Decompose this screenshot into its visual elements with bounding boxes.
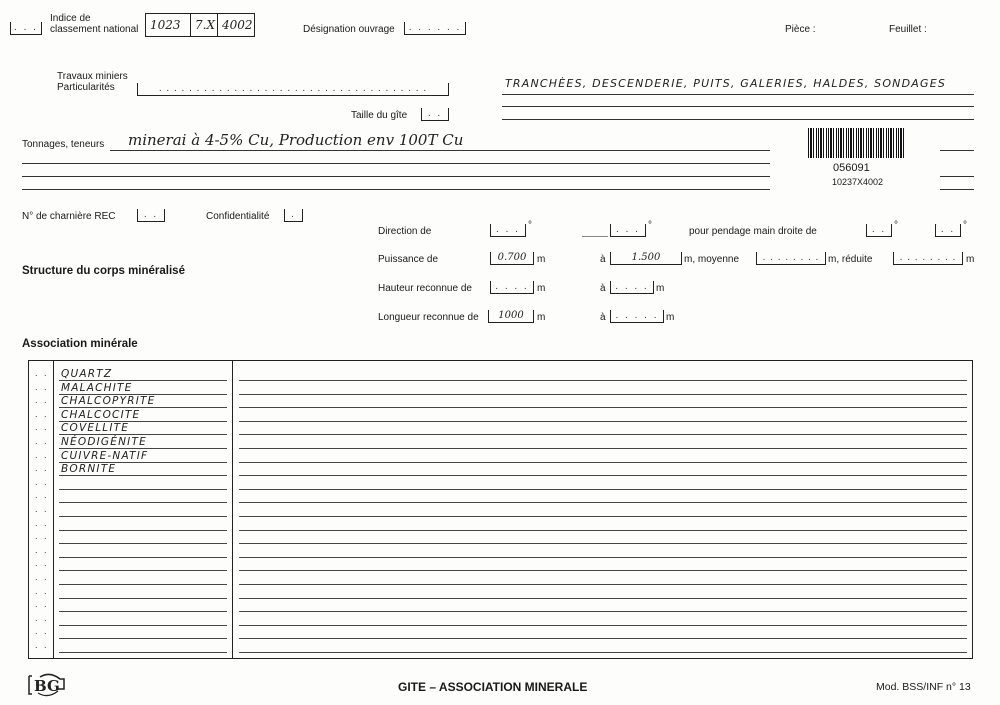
travaux-line-3: [502, 119, 974, 120]
description-row-line: [239, 638, 967, 639]
description-row-line: [239, 625, 967, 626]
taille-field[interactable]: . .: [421, 108, 449, 121]
pendage-label: pour pendage main droite de: [689, 226, 817, 237]
association-title: Association minérale: [22, 338, 138, 350]
direction-degree-1: °: [528, 220, 532, 231]
description-row-line: [239, 434, 967, 435]
travaux-label-line2: Particularités: [57, 82, 128, 93]
tonnages-line-right-2: [940, 176, 974, 177]
row-marker[interactable]: . .: [35, 422, 49, 432]
description-row-line: [239, 557, 967, 558]
pendage-field-1[interactable]: . .: [866, 224, 892, 237]
indice-field[interactable]: 1023 7.X 4002: [145, 13, 255, 37]
travaux-line-1: [502, 94, 974, 95]
row-marker[interactable]: . .: [35, 368, 49, 378]
pendage-degree-2: °: [963, 220, 967, 231]
puissance-from-value: 0.700: [498, 252, 527, 263]
charniere-label: N° de charnière REC: [22, 211, 115, 222]
row-marker[interactable]: . .: [35, 599, 49, 609]
mineral-entry[interactable]: CUIVRE-NATIF: [61, 450, 148, 462]
row-marker[interactable]: . .: [35, 409, 49, 419]
longueur-from-value: 1000: [498, 310, 523, 321]
indice-part-2[interactable]: 7.X: [191, 14, 218, 36]
description-row-line: [239, 380, 967, 381]
barcode-number: 056091: [833, 162, 870, 174]
brgm-logo-icon: BG: [26, 673, 70, 697]
puissance-to-field[interactable]: 1.500: [610, 252, 682, 265]
longueur-from-field[interactable]: 1000: [488, 310, 534, 323]
mineral-row-line: [59, 652, 227, 653]
description-row-line: [239, 652, 967, 653]
row-marker[interactable]: . .: [35, 626, 49, 636]
description-row-line: [239, 407, 967, 408]
row-marker[interactable]: . .: [35, 572, 49, 582]
longueur-unit-1: m: [537, 312, 545, 323]
direction-degree-2: °: [648, 220, 652, 231]
puissance-unit-1: m: [537, 254, 545, 265]
tonnages-handwritten: minerai à 4-5% Cu, Production env 100T C…: [128, 131, 463, 149]
mineral-row-line: [59, 557, 227, 558]
description-row-line: [239, 489, 967, 490]
row-marker[interactable]: . .: [35, 477, 49, 487]
direction-label: Direction de: [378, 226, 431, 237]
hauteur-label: Hauteur reconnue de: [378, 283, 472, 294]
row-marker[interactable]: . .: [35, 613, 49, 623]
mineral-entry[interactable]: COVELLITE: [61, 422, 129, 434]
indice-label: Indice de classement national: [50, 13, 138, 35]
taille-label: Taille du gîte: [351, 110, 407, 121]
mineral-entry[interactable]: QUARTZ: [61, 368, 112, 380]
longueur-label: Longueur reconnue de: [378, 312, 479, 323]
description-row-line: [239, 502, 967, 503]
direction-field-1[interactable]: . . .: [490, 224, 526, 237]
description-row-line: [239, 598, 967, 599]
tonnages-line-3: [22, 176, 770, 177]
footer-model: Mod. BSS/INF n° 13: [876, 681, 971, 693]
structure-title: Structure du corps minéralisé: [22, 265, 185, 277]
mineral-row-line: [59, 475, 227, 476]
mineral-row-line: [59, 570, 227, 571]
puissance-from-field[interactable]: 0.700: [490, 252, 534, 265]
row-marker[interactable]: . .: [35, 395, 49, 405]
puissance-to-value: 1.500: [632, 252, 661, 263]
hauteur-from-field[interactable]: . . . .: [490, 281, 534, 294]
pendage-field-2[interactable]: . .: [935, 224, 961, 237]
tonnages-line-right-1: [940, 150, 974, 151]
row-marker[interactable]: . .: [35, 558, 49, 568]
row-marker[interactable]: . .: [35, 490, 49, 500]
footer-title: GITE – ASSOCIATION MINERALE: [398, 680, 587, 694]
mineral-row-line: [59, 489, 227, 490]
mineral-entry[interactable]: BORNITE: [61, 463, 116, 475]
mineral-row-line: [59, 625, 227, 626]
row-marker[interactable]: . .: [35, 463, 49, 473]
description-row-line: [239, 421, 967, 422]
barcode: [808, 128, 904, 158]
travaux-dotted-field[interactable]: . . . . . . . . . . . . . . . . . . . . …: [137, 83, 449, 96]
description-row-line: [239, 462, 967, 463]
mineral-row-line: [59, 638, 227, 639]
tonnages-line-4: [22, 189, 770, 190]
row-marker[interactable]: . .: [35, 436, 49, 446]
reduite-unit: m: [966, 254, 974, 265]
hauteur-to-field[interactable]: . . . .: [610, 281, 654, 294]
row-marker[interactable]: . .: [35, 518, 49, 528]
mineral-entry[interactable]: CHALCOCITE: [61, 409, 140, 421]
feuillet-label: Feuillet :: [889, 24, 927, 35]
description-row-line: [239, 530, 967, 531]
hauteur-unit-2: m: [656, 283, 664, 294]
tonnages-line-right-3: [940, 189, 974, 190]
row-marker[interactable]: . .: [35, 450, 49, 460]
piece-label: Pièce :: [785, 24, 816, 35]
description-row-line: [239, 448, 967, 449]
tonnages-label: Tonnages, teneurs: [22, 139, 104, 150]
travaux-line-2: [502, 106, 974, 107]
direction-field-2[interactable]: . . .: [610, 224, 646, 237]
longueur-unit-2: m: [666, 312, 674, 323]
mineral-row-line: [59, 543, 227, 544]
row-marker[interactable]: . .: [35, 504, 49, 514]
row-marker[interactable]: . .: [35, 531, 49, 541]
travaux-handwritten: TRANCHÈES, DESCENDERIE, PUITS, GALERIES,…: [505, 77, 946, 90]
description-row-line: [239, 475, 967, 476]
description-row-line: [239, 543, 967, 544]
indice-part-3[interactable]: 4002: [218, 14, 254, 36]
puissance-label: Puissance de: [378, 254, 438, 265]
reduite-label: m, réduite: [828, 254, 872, 265]
row-marker[interactable]: . .: [35, 640, 49, 650]
description-row-line: [239, 611, 967, 612]
mineral-row-line: [59, 502, 227, 503]
mineral-row-line: [59, 584, 227, 585]
mineral-row-line: [59, 516, 227, 517]
row-marker[interactable]: . .: [35, 586, 49, 596]
row-marker[interactable]: . .: [35, 545, 49, 555]
mineral-entry[interactable]: NÉODIGÉNITE: [61, 436, 147, 448]
tonnages-line-2: [22, 163, 770, 164]
moyenne-field[interactable]: . . . . . . . .: [756, 252, 826, 265]
travaux-label-line1: Travaux miniers: [57, 71, 128, 82]
mineral-entry[interactable]: MALACHITE: [61, 382, 132, 394]
indice-part-1[interactable]: 1023: [146, 14, 191, 36]
puissance-a-label: à: [600, 254, 606, 265]
hauteur-unit-1: m: [537, 283, 545, 294]
designation-field[interactable]: . . . . . .: [404, 22, 466, 35]
pendage-degree-1: °: [894, 220, 898, 231]
travaux-label: Travaux miniers Particularités: [57, 71, 128, 93]
confidentialite-field[interactable]: .: [284, 209, 303, 222]
direction-separator: [582, 236, 608, 237]
description-row-line: [239, 516, 967, 517]
mineral-row-line: [59, 598, 227, 599]
longueur-to-field[interactable]: . . . . .: [610, 310, 664, 323]
designation-label: Désignation ouvrage: [303, 24, 395, 35]
indice-label-line2: classement national: [50, 24, 138, 35]
description-row-line: [239, 394, 967, 395]
indice-label-line1: Indice de: [50, 13, 138, 24]
mineral-row-line: [59, 530, 227, 531]
description-row-line: [239, 584, 967, 585]
mineral-entry[interactable]: CHALCOPYRITE: [61, 395, 155, 407]
moyenne-label: m, moyenne: [684, 254, 739, 265]
mineral-row-line: [59, 611, 227, 612]
barcode-code: 10237X4002: [832, 177, 883, 187]
reduite-field[interactable]: . . . . . . . .: [893, 252, 963, 265]
confidentialite-label: Confidentialité: [206, 211, 269, 222]
description-row-line: [239, 570, 967, 571]
longueur-a-label: à: [600, 312, 606, 323]
tonnages-line-1: [110, 150, 770, 151]
hauteur-a-label: à: [600, 283, 606, 294]
association-table: . .QUARTZ. .MALACHITE. .CHALCOPYRITE. .C…: [28, 360, 973, 659]
charniere-field[interactable]: . .: [137, 209, 165, 222]
left-bracket-field[interactable]: . . .: [10, 22, 42, 35]
row-marker[interactable]: . .: [35, 382, 49, 392]
